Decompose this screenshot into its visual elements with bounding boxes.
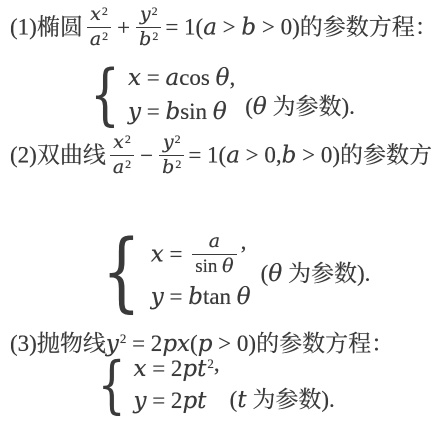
var-b: b [165, 99, 180, 125]
var-y: y [140, 3, 151, 25]
var-a: a [113, 156, 124, 178]
fraction-a-over-sin-theta: asin θ [192, 230, 236, 279]
tan-function: tan [203, 284, 237, 309]
relation: > [217, 15, 241, 40]
equation-rows: x = 2pt2, y = 2pt [133, 353, 219, 417]
exponent: 2 [125, 157, 131, 171]
ellipse-system: { x = acos θ, y = bsin θ (θ 为参数). [84, 60, 355, 130]
item2-tail: 的参数方 [340, 143, 432, 168]
hyperbola-system: { x = asin θ, y = btan θ (θ 为参数). [94, 226, 370, 320]
fraction-x2-over-a2: x2a2 [110, 131, 134, 180]
var-theta: θ [222, 255, 233, 277]
equals: = [141, 99, 165, 124]
exponent: 2 [175, 157, 181, 171]
open-paren: ( [261, 261, 269, 286]
var-theta: θ [253, 94, 267, 120]
fraction-y2-over-b2: y2b2 [136, 3, 161, 52]
equation-x-row: x = 2pt2, [133, 353, 219, 385]
cos-function: cos [179, 65, 215, 90]
var-a: a [90, 28, 101, 50]
var-pt: pt [182, 388, 206, 414]
fraction-numerator: x2 [87, 3, 111, 27]
equals-one: = 1( [165, 15, 203, 40]
note-text: 为参数). [282, 261, 370, 286]
exponent: 2 [120, 331, 127, 346]
equals-one: = 1( [188, 143, 226, 168]
equation-rows: x = acos θ, y = bsin θ [128, 61, 235, 129]
var-theta: θ [216, 65, 230, 91]
fraction-x2-over-a2: x2a2 [87, 3, 111, 52]
item2-head: (2)双曲线 [10, 143, 106, 168]
equation-rows: x = asin θ, y = btan θ [151, 232, 251, 315]
var-a: a [203, 15, 217, 41]
equation-y-row: y = 2pt [133, 385, 219, 417]
relation: > 0) [296, 143, 340, 168]
var-y: y [133, 388, 146, 414]
textbook-page: (1)椭圆x2a2+y2b2= 1(a > b > 0)的参数方程： { x =… [0, 0, 448, 421]
fraction-numerator: a [206, 230, 223, 254]
var-x: x [90, 3, 101, 25]
equation-y-row: y = bsin θ [128, 95, 235, 129]
comma: , [214, 351, 220, 376]
open-paren: ( [245, 94, 253, 119]
exponent: 2 [102, 29, 108, 43]
fraction-denominator: a2 [110, 155, 134, 180]
var-b: b [188, 284, 203, 310]
plus-operator: + [117, 15, 130, 40]
sin-function: sin [195, 256, 222, 277]
fraction-denominator: b2 [136, 27, 161, 52]
var-x: x [128, 65, 141, 91]
equals: = 2 [146, 356, 182, 381]
equals: = [164, 241, 188, 266]
var-a: a [165, 65, 179, 91]
fraction-numerator: y2 [160, 131, 184, 155]
note-text: 为参数). [267, 94, 355, 119]
exponent: 2 [125, 132, 131, 146]
hyperbola-intro-line: (2)双曲线x2a2−y2b2= 1(a > 0,b > 0)的参数方 [10, 133, 432, 182]
equals: = [164, 284, 188, 309]
var-a: a [226, 143, 240, 169]
left-brace: { [98, 359, 126, 412]
var-b: b [162, 156, 174, 178]
var-theta: θ [213, 99, 227, 125]
equation-x-row: x = acos θ, [128, 61, 235, 95]
exponent: 2 [102, 4, 108, 18]
relation: > 0, [240, 143, 282, 168]
sin-function: sin [180, 99, 213, 124]
fraction-numerator: y2 [137, 3, 161, 27]
ellipse-intro-line: (1)椭圆x2a2+y2b2= 1(a > b > 0)的参数方程： [10, 5, 438, 54]
var-theta: θ [268, 261, 282, 287]
fraction-denominator: a2 [87, 27, 111, 52]
minus-operator: − [140, 143, 153, 168]
var-a: a [209, 230, 220, 252]
exponent: 2 [152, 4, 158, 18]
exponent: 2 [175, 132, 181, 146]
fraction-numerator: x2 [110, 131, 134, 155]
fraction-denominator: sin θ [192, 254, 236, 279]
var-b: b [139, 28, 151, 50]
parameter-note: (θ 为参数). [245, 88, 355, 121]
parameter-note: (θ 为参数). [261, 255, 371, 288]
comma: , [241, 229, 247, 254]
equals: = 2 [146, 388, 182, 413]
equation-x-row: x = asin θ, [151, 232, 251, 281]
equation-y-row: y = btan θ [151, 280, 251, 314]
var-y: y [163, 131, 174, 153]
equals: = [141, 65, 165, 90]
item1-head: (1)椭圆 [10, 15, 83, 40]
var-y: y [128, 99, 141, 125]
comma: , [229, 65, 235, 90]
var-b: b [282, 143, 297, 169]
item1-tail: 的参数方程： [300, 15, 438, 40]
note-text: 为参数). [247, 387, 335, 412]
exponent: 2 [152, 29, 158, 43]
var-b: b [241, 15, 256, 41]
var-x: x [151, 241, 164, 267]
exponent: 2 [207, 356, 214, 371]
parabola-system: { x = 2pt2, y = 2pt (t 为参数). [92, 352, 335, 418]
fraction-denominator: b2 [159, 155, 184, 180]
var-x: x [133, 356, 146, 382]
relation: > 0) [256, 15, 300, 40]
fraction-y2-over-b2: y2b2 [159, 131, 184, 180]
var-y: y [151, 284, 164, 310]
var-theta: θ [237, 284, 251, 310]
var-pt: pt [182, 356, 206, 382]
left-brace: { [90, 67, 119, 123]
left-brace: { [102, 236, 140, 309]
var-x: x [113, 131, 124, 153]
var-t: t [237, 387, 246, 413]
open-paren: ( [230, 387, 238, 412]
parameter-note: (t 为参数). [230, 381, 335, 414]
